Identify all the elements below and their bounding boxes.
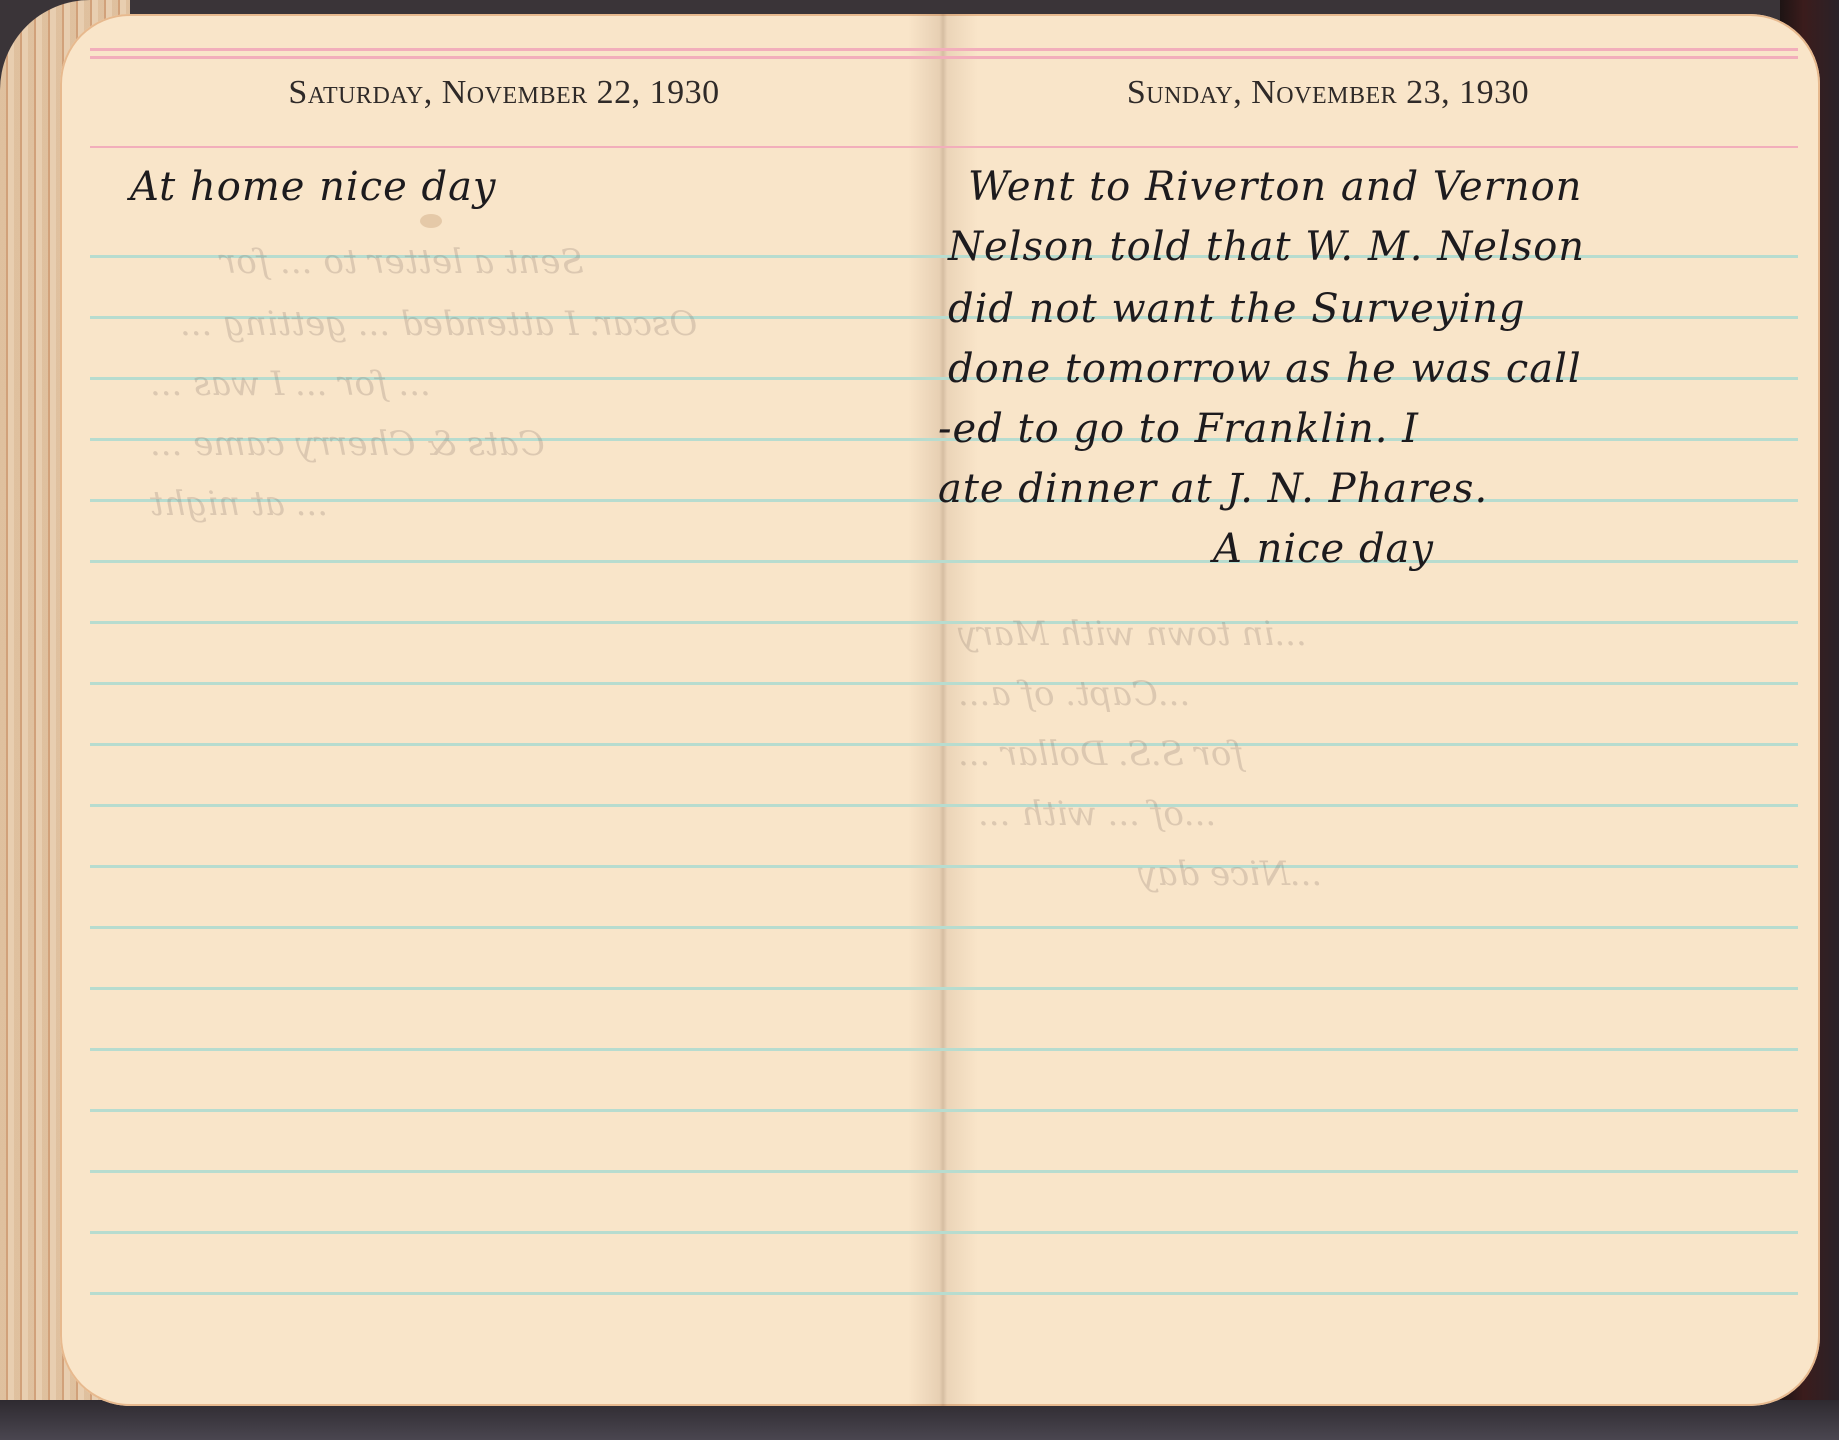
date-heading-left: Saturday, November 22, 1930 (70, 74, 938, 112)
entry-line: done tomorrow as he was call (948, 346, 1582, 392)
date-rule (90, 146, 958, 148)
bleed-through-text: ...in town with Mary (958, 614, 1307, 654)
entry-line: ate dinner at J. N. Phares. (938, 466, 1488, 512)
bleed-through-text: for S.S. Dollar ... (958, 734, 1244, 774)
ink-stain (420, 214, 442, 228)
bleed-through-text: Cats & Cherry came ... (150, 424, 545, 464)
header-rule (90, 56, 958, 59)
bleed-through-text: Sent a letter to ... for (220, 242, 584, 282)
bleed-through-text: ... at night (150, 484, 328, 524)
entry-line: A nice day (1213, 526, 1434, 572)
bleed-through-text: ...Nice day (1138, 854, 1322, 894)
header-rule (90, 48, 958, 51)
bleed-through-text: ... for ... I was ... (150, 364, 431, 404)
bleed-through-text: Oscar. I attended ... getting ... (180, 304, 697, 344)
header-rule (938, 48, 1798, 51)
book-cover-bottom (0, 1400, 1839, 1440)
left-page: Saturday, November 22, 1930 Sent a lette… (90, 14, 958, 1406)
bleed-through-text: ...of ... with ... (978, 794, 1216, 834)
right-page: Sunday, November 23, 1930 ...in town wit… (938, 14, 1798, 1406)
date-rule (938, 146, 1798, 148)
entry-line: -ed to go to Franklin. I (938, 406, 1419, 452)
date-heading-right: Sunday, November 23, 1930 (898, 74, 1758, 112)
diary-spread: Saturday, November 22, 1930 Sent a lette… (60, 14, 1820, 1406)
entry-line: did not want the Surveying (948, 286, 1526, 332)
header-rule (938, 56, 1798, 59)
entry-line: Nelson told that W. M. Nelson (948, 224, 1585, 270)
entry-line: Went to Riverton and Vernon (968, 164, 1582, 210)
entry-line: At home nice day (130, 164, 497, 210)
bleed-through-text: ...Capt. of a... (958, 674, 1190, 714)
